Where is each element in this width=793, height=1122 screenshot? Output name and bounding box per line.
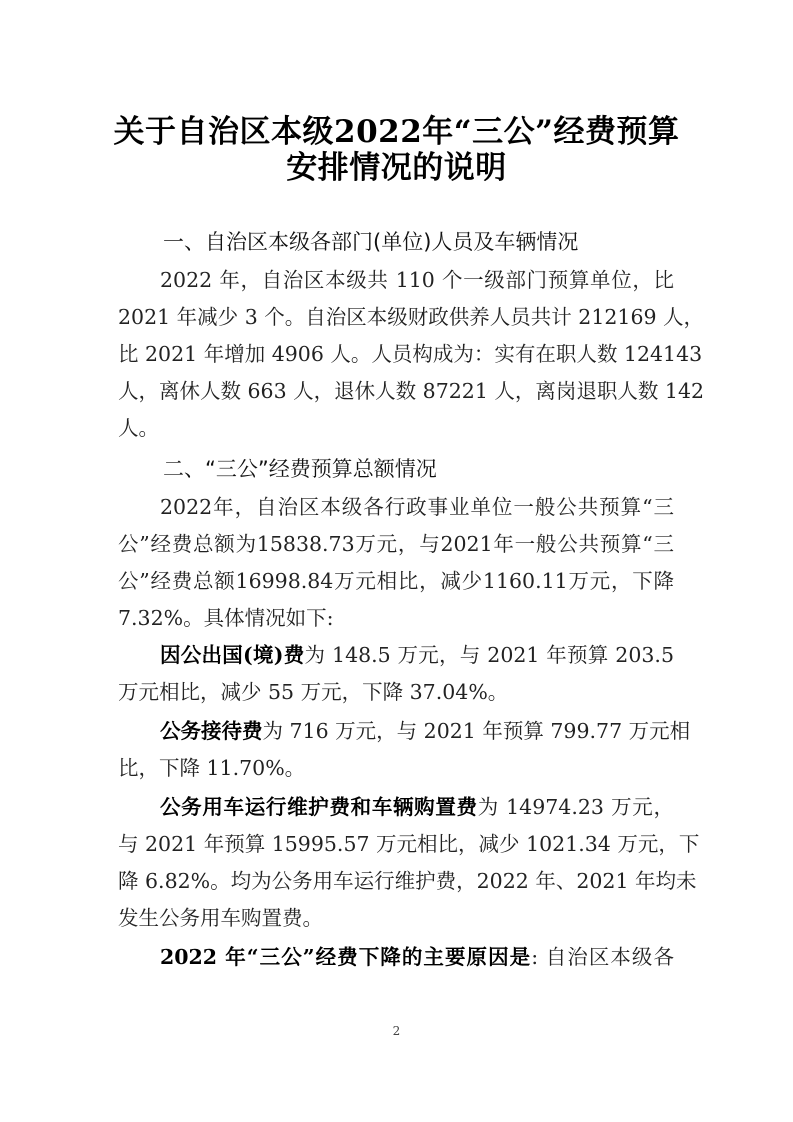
paragraph-line: 与 2021 年预算 15995.57 万元相比，减少 1021.34 万元，下	[118, 827, 674, 857]
document-title-line-2: 安排情况的说明	[0, 142, 793, 187]
item-text: 为 14974.23 万元，	[478, 795, 674, 819]
item-label: 公务接待费	[160, 719, 263, 743]
item-reception-line: 公务接待费为 716 万元，与 2021 年预算 799.77 万元相	[160, 714, 674, 744]
section-2-heading: 二、“三公”经费预算总额情况	[163, 453, 437, 483]
reason-label: 2022 年“三公”经费下降的主要原因是	[160, 945, 531, 969]
item-text: 为 716 万元，与 2021 年预算 799.77 万元相	[263, 719, 691, 743]
paragraph-line: 万元相比，减少 55 万元，下降 37.04%。	[118, 675, 674, 705]
item-label: 公务用车运行维护费和车辆购置费	[160, 795, 478, 819]
paragraph-line: 公”经费总额为15838.73万元，与2021年一般公共预算“三	[118, 527, 674, 557]
paragraph-line: 比，下降 11.70%。	[118, 751, 674, 781]
paragraph-line: 2021 年减少 3 个。自治区本级财政供养人员共计 212169 人，	[118, 300, 674, 330]
item-vehicle-line: 公务用车运行维护费和车辆购置费为 14974.23 万元，	[160, 790, 674, 820]
section-1-heading: 一、自治区本级各部门(单位)人员及车辆情况	[163, 226, 578, 256]
paragraph-line: 2022 年，自治区本级共 110 个一级部门预算单位，比	[160, 263, 674, 293]
paragraph-line: 7.32%。具体情况如下:	[118, 601, 674, 631]
item-label: 因公出国(境)费	[160, 643, 304, 667]
item-travel-abroad-line: 因公出国(境)费为 148.5 万元，与 2021 年预算 203.5	[160, 638, 674, 668]
document-page: 关于自治区本级2022年“三公”经费预算 安排情况的说明 一、自治区本级各部门(…	[0, 0, 793, 1122]
paragraph-line: 人，离休人数 663 人，退休人数 87221 人，离岗退职人数 142	[118, 374, 674, 404]
paragraph-line: 比 2021 年增加 4906 人。人员构成为：实有在职人数 124143	[118, 337, 674, 367]
paragraph-line: 降 6.82%。均为公务用车运行维护费，2022 年、2021 年均未	[118, 864, 674, 894]
item-text: 为 148.5 万元，与 2021 年预算 203.5	[304, 643, 674, 667]
paragraph-line: 2022年，自治区本级各行政事业单位一般公共预算“三	[160, 490, 674, 520]
reason-line: 2022 年“三公”经费下降的主要原因是: 自治区本级各	[160, 940, 674, 970]
page-number: 2	[0, 1024, 793, 1038]
paragraph-line: 人。	[118, 411, 674, 441]
reason-text: : 自治区本级各	[531, 945, 674, 969]
paragraph-line: 发生公务用车购置费。	[118, 901, 674, 931]
paragraph-line: 公”经费总额16998.84万元相比，减少1160.11万元，下降	[118, 564, 674, 594]
